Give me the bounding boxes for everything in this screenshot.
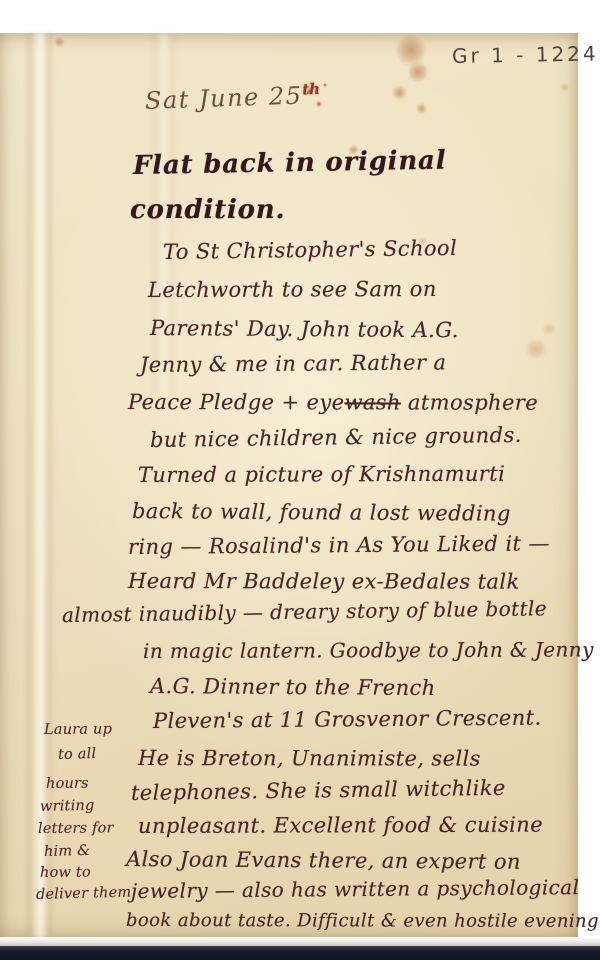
stain xyxy=(392,85,407,100)
catalog-number: Gr 1 - 1224 xyxy=(452,41,599,68)
stain xyxy=(560,83,569,92)
scan-band xyxy=(0,946,600,960)
handwritten-line: Jenny & me in car. Rather a xyxy=(140,350,447,377)
handwritten-line: Also Joan Evans there, an expert on xyxy=(126,847,521,874)
handwritten-line: To St Christopher's School xyxy=(163,236,457,264)
ink-speck xyxy=(323,83,327,87)
handwritten-line: book about taste. Difficult & even hosti… xyxy=(126,910,599,932)
handwritten-line: but nice children & nice grounds. xyxy=(150,423,522,452)
handwritten-line: almost inaudibly — dreary story of blue … xyxy=(62,596,547,627)
date-heading: Sat June 25th xyxy=(144,80,320,115)
handwritten-line: Heard Mr Baddeley ex-Bedales talk xyxy=(128,569,520,594)
margin-note-line: how to xyxy=(40,865,91,881)
margin-note-line: him & xyxy=(44,843,91,860)
handwritten-line: He is Breton, Unanimiste, sells xyxy=(138,746,481,771)
handwritten-line: in magic lantern. Goodbye to John & Jenn… xyxy=(143,637,594,663)
handwritten-line: Letchworth to see Sam on xyxy=(148,277,437,302)
line-segment: Peace Pledge + eye xyxy=(128,390,344,414)
handwritten-line: Pleven's at 11 Grosvenor Crescent. xyxy=(153,706,542,733)
heading-line-1: Flat back in original xyxy=(133,146,447,181)
date-text: Sat June 25 xyxy=(145,82,303,115)
scan-strip xyxy=(0,937,600,946)
paper-sheet: Gr 1 - 1224 Sat June 25th Flat back in o… xyxy=(0,33,578,938)
margin-note-line: Laura up xyxy=(44,721,112,738)
stain xyxy=(416,103,427,114)
margin-note-line: writing xyxy=(40,798,95,815)
date-superscript: th xyxy=(302,80,320,99)
heading-line-2: condition. xyxy=(130,195,285,225)
handwritten-line: jewelry — also has written a psychologic… xyxy=(131,875,580,903)
stain xyxy=(542,323,556,335)
handwritten-line: Peace Pledge + eyewash atmosphere xyxy=(128,390,538,415)
margin-note-line: letters for xyxy=(38,820,114,837)
scanned-page: { "colors": { "paper": "#eee0bf", "body_… xyxy=(0,0,600,960)
handwritten-line: ring — Rosalind's in As You Liked it — xyxy=(128,531,550,559)
handwritten-line: back to wall, found a lost wedding xyxy=(132,499,511,526)
handwritten-line: Turned a picture of Krishnamurti xyxy=(138,462,505,487)
stain xyxy=(54,37,65,47)
struck-word: wash xyxy=(344,390,400,414)
stain xyxy=(524,339,548,359)
stain xyxy=(408,61,428,83)
line-segment: atmosphere xyxy=(401,390,538,414)
handwritten-line: telephones. She is small witchlike xyxy=(131,776,506,805)
margin-note-line: to all xyxy=(58,746,97,763)
margin-note-line: deliver them xyxy=(36,885,132,903)
handwritten-line: unpleasant. Excellent food & cuisine xyxy=(138,813,543,838)
handwritten-line: Parents' Day. John took A.G. xyxy=(150,316,459,342)
margin-note-line: hours xyxy=(46,776,89,792)
handwritten-line: A.G. Dinner to the French xyxy=(150,674,436,700)
